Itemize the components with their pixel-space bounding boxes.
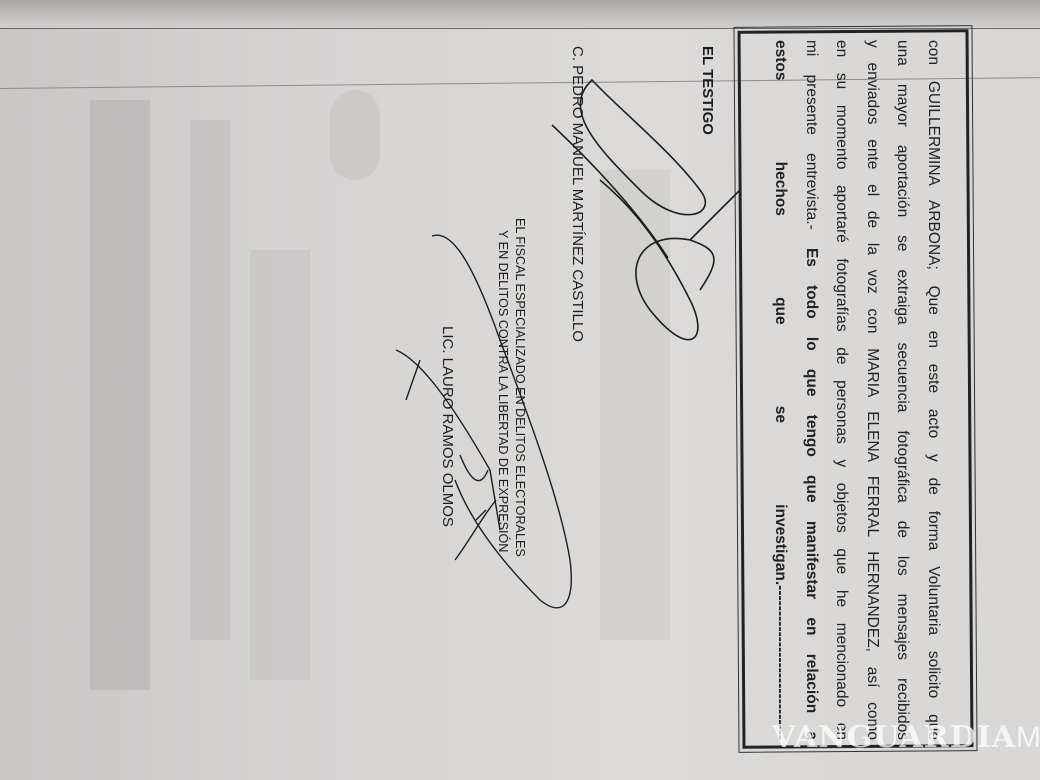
statement-line-plain: mi presente entrevista.- — [803, 40, 820, 248]
statement-text: con GUILLERMINA ARBONA; Que en este acto… — [765, 40, 948, 740]
prosecutor-title-line1: EL FISCAL ESPECIALIZADO EN DELITOS ELECT… — [513, 218, 527, 557]
statement-line: una mayor aportación se extraiga secuenc… — [887, 40, 918, 740]
bleed-through-block — [600, 170, 670, 640]
prosecutor-name: LIC. LAURO RAMOS OLMOS — [439, 326, 456, 527]
bleed-through-block — [330, 90, 380, 180]
bleed-through-block — [190, 120, 230, 640]
statement-line: con GUILLERMINA ARBONA; Que en este acto… — [918, 40, 949, 740]
statement-line: y enviados ente el de la voz con MARIA E… — [857, 40, 888, 740]
prosecutor-signature — [396, 235, 571, 608]
statement-line: mi presente entrevista.- Es todo lo que … — [796, 40, 827, 740]
page-top-edge — [0, 0, 1040, 29]
witness-name: C. PEDRO MANUEL MARTÍNEZ CASTILLO — [569, 46, 586, 342]
watermark-brand: VANGUARDIA — [772, 720, 1016, 755]
witness-heading: EL TESTIGO — [699, 46, 716, 135]
bleed-through-block — [90, 100, 150, 690]
statement-line: estos hechos que se investigan.---------… — [765, 40, 796, 740]
watermark: VANGUARDIAMX — [772, 720, 1040, 755]
prosecutor-title-line2: Y EN DELITOS CONTRA LA LIBERTAD DE EXPRE… — [496, 230, 510, 552]
watermark-suffix: MX — [1016, 721, 1040, 754]
bleed-through-block — [250, 250, 310, 680]
statement-line: en su momento aportaré fotografías de pe… — [826, 40, 857, 740]
statement-line-bold: Es todo lo que tengo que manifestar en r… — [803, 248, 820, 740]
